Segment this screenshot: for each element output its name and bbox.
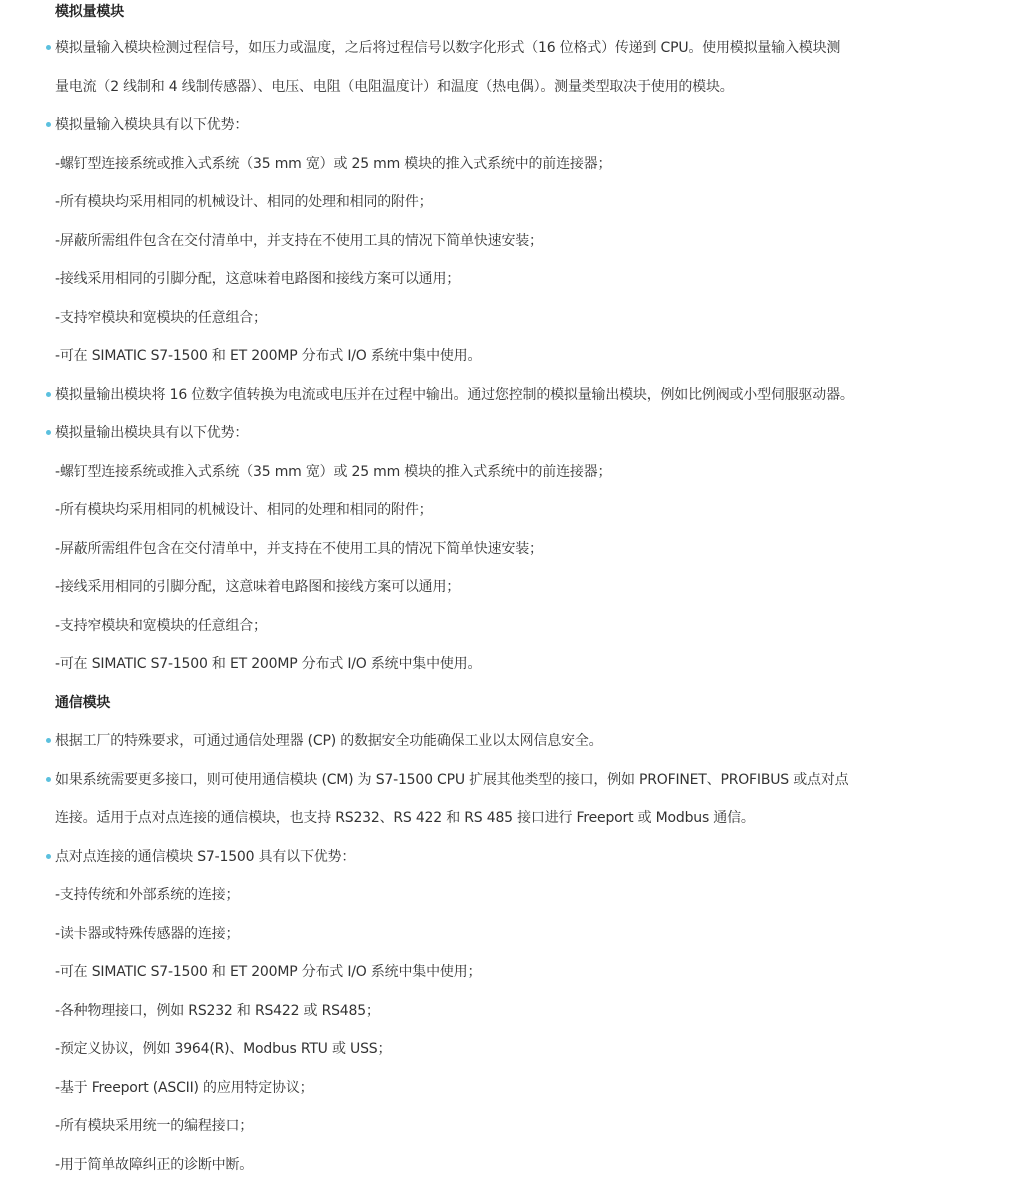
bullet-paragraph: 点对点连接的通信模块 S7-1500 具有以下优势：	[55, 845, 355, 869]
bullet-paragraph: 模拟量输入模块检测过程信号，如压力或温度，之后将过程信号以数字化形式（16 位格…	[55, 36, 840, 60]
bullet-paragraph: 根据工厂的特殊要求，可通过通信处理器 (CP) 的数据安全功能确保工业以太网信息…	[55, 729, 602, 753]
paragraph-text: 模拟量输入模块具有以下优势：	[55, 117, 248, 133]
paragraph-text: 如果系统需要更多接口，则可使用通信模块 (CM) 为 S7-1500 CPU 扩…	[55, 772, 848, 788]
bullet-dot-icon	[46, 430, 51, 435]
list-item: -预定义协议，例如 3964(R)、Modbus RTU 或 USS；	[55, 1037, 391, 1061]
list-item: -各种物理接口，例如 RS232 和 RS422 或 RS485；	[55, 999, 380, 1023]
list-item: -螺钉型连接系统或推入式系统（35 mm 宽）或 25 mm 模块的推入式系统中…	[55, 460, 611, 484]
bullet-paragraph: 如果系统需要更多接口，则可使用通信模块 (CM) 为 S7-1500 CPU 扩…	[55, 768, 848, 792]
section-heading-analog-modules: 模拟量模块	[55, 0, 124, 24]
section-heading-communication-modules: 通信模块	[55, 691, 110, 715]
list-item: -可在 SIMATIC S7-1500 和 ET 200MP 分布式 I/O 系…	[55, 652, 481, 676]
list-item: -屏蔽所需组件包含在交付清单中，并支持在不使用工具的情况下简单快速安装；	[55, 229, 543, 253]
bullet-dot-icon	[46, 392, 51, 397]
bullet-dot-icon	[46, 45, 51, 50]
list-item: -接线采用相同的引脚分配，这意味着电路图和接线方案可以通用；	[55, 575, 460, 599]
paragraph-text: 点对点连接的通信模块 S7-1500 具有以下优势：	[55, 849, 355, 865]
paragraph-continuation: 量电流（2 线制和 4 线制传感器）、电压、电阻（电阻温度计）和温度（热电偶）。…	[55, 75, 734, 99]
bullet-dot-icon	[46, 122, 51, 127]
paragraph-text: 模拟量输出模块将 16 位数字值转换为电流或电压并在过程中输出。通过您控制的模拟…	[55, 387, 854, 403]
list-item: -支持传统和外部系统的连接；	[55, 883, 239, 907]
paragraph-text: 模拟量输出模块具有以下优势：	[55, 425, 248, 441]
bullet-dot-icon	[46, 738, 51, 743]
bullet-paragraph: 模拟量输出模块具有以下优势：	[55, 421, 248, 445]
list-item: -用于简单故障纠正的诊断中断。	[55, 1153, 253, 1177]
list-item: -可在 SIMATIC S7-1500 和 ET 200MP 分布式 I/O 系…	[55, 344, 481, 368]
list-item: -接线采用相同的引脚分配，这意味着电路图和接线方案可以通用；	[55, 267, 460, 291]
list-item: -支持窄模块和宽模块的任意组合；	[55, 614, 267, 638]
bullet-paragraph: 模拟量输出模块将 16 位数字值转换为电流或电压并在过程中输出。通过您控制的模拟…	[55, 383, 854, 407]
list-item: -所有模块均采用相同的机械设计、相同的处理和相同的附件；	[55, 190, 432, 214]
list-item: -支持窄模块和宽模块的任意组合；	[55, 306, 267, 330]
bullet-dot-icon	[46, 854, 51, 859]
bullet-paragraph: 模拟量输入模块具有以下优势：	[55, 113, 248, 137]
list-item: -屏蔽所需组件包含在交付清单中，并支持在不使用工具的情况下简单快速安装；	[55, 537, 543, 561]
bullet-dot-icon	[46, 777, 51, 782]
paragraph-text: 模拟量输入模块检测过程信号，如压力或温度，之后将过程信号以数字化形式（16 位格…	[55, 40, 840, 56]
list-item: -所有模块采用统一的编程接口；	[55, 1114, 253, 1138]
list-item: -螺钉型连接系统或推入式系统（35 mm 宽）或 25 mm 模块的推入式系统中…	[55, 152, 611, 176]
paragraph-text: 根据工厂的特殊要求，可通过通信处理器 (CP) 的数据安全功能确保工业以太网信息…	[55, 733, 602, 749]
list-item: -可在 SIMATIC S7-1500 和 ET 200MP 分布式 I/O 系…	[55, 960, 481, 984]
list-item: -读卡器或特殊传感器的连接；	[55, 922, 239, 946]
paragraph-continuation: 连接。适用于点对点连接的通信模块，也支持 RS232、RS 422 和 RS 4…	[55, 806, 755, 830]
list-item: -所有模块均采用相同的机械设计、相同的处理和相同的附件；	[55, 498, 432, 522]
list-item: -基于 Freeport (ASCII) 的应用特定协议；	[55, 1076, 313, 1100]
